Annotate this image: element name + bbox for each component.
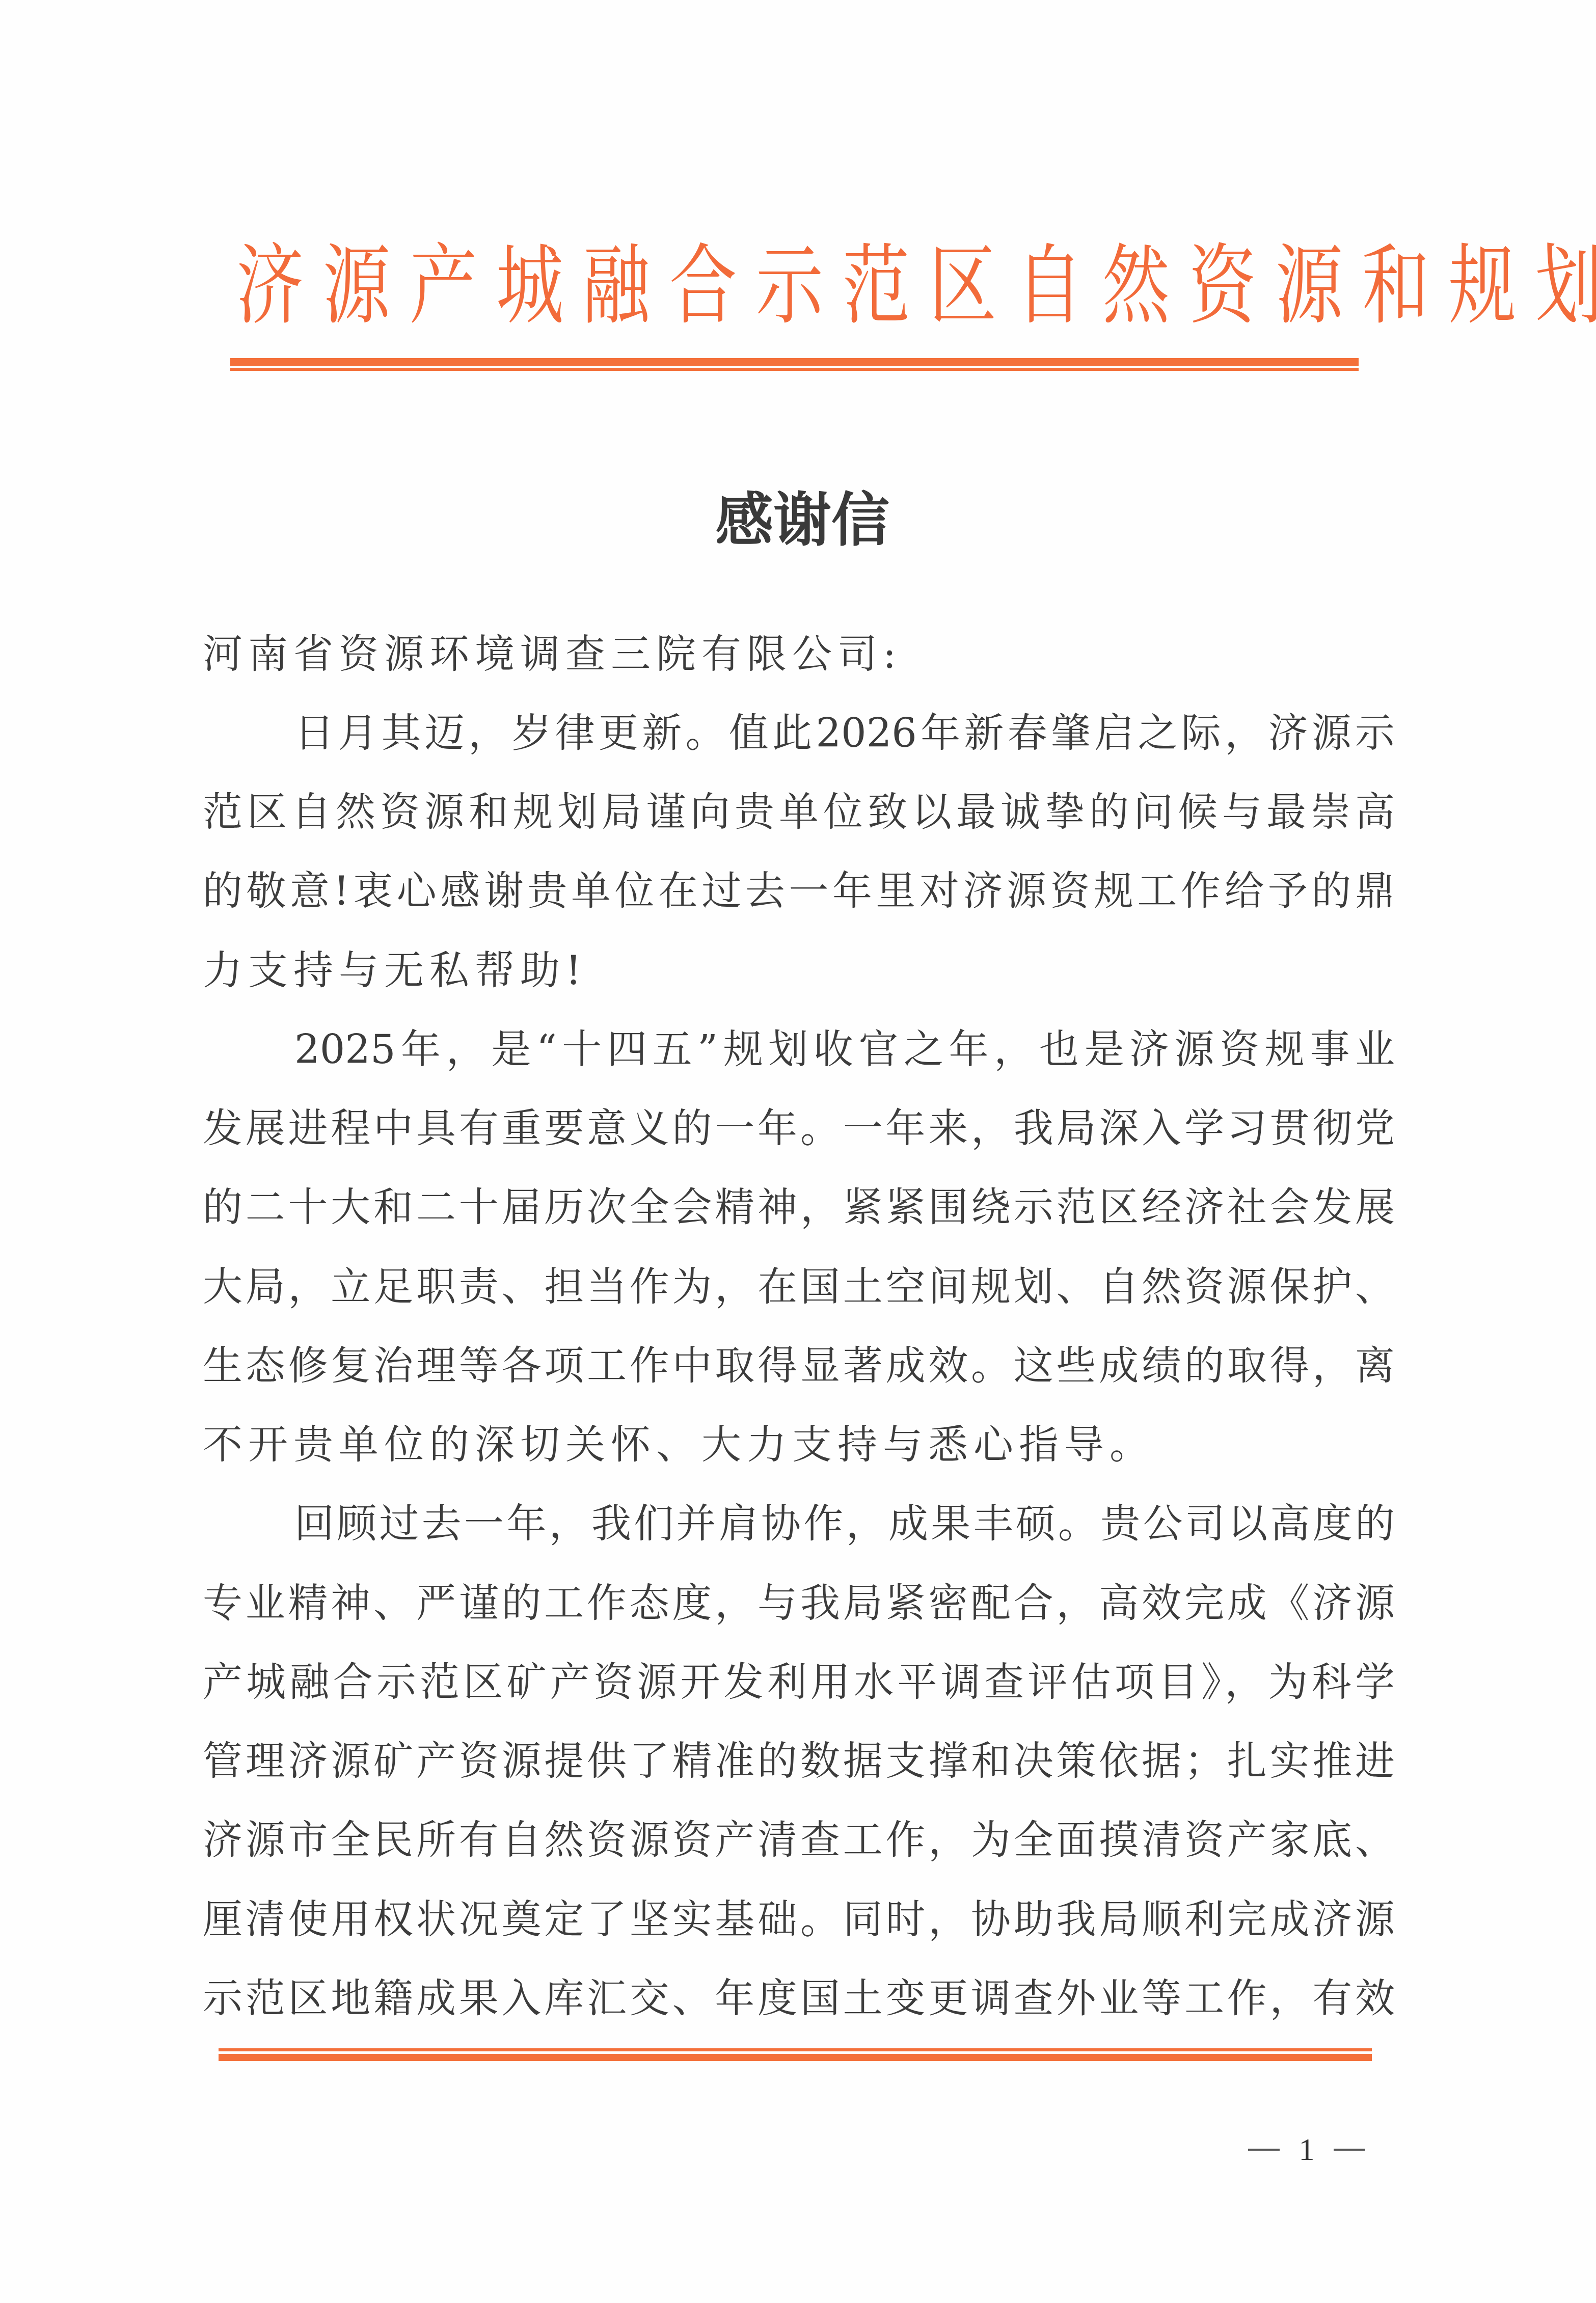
- letterhead-title-char: 融: [583, 239, 651, 334]
- letterhead-title-char: 合: [669, 239, 737, 334]
- letterhead-title-char: 产: [410, 239, 477, 334]
- document-page: 济 源 产 城 融 合 示 范 区 自 然 资 源 和 规 划 局 感谢信 河南…: [0, 0, 1596, 2303]
- paragraph-1-line-1: 日月其迈，岁律更新。值此2026年新春肇启之际，济源示: [294, 712, 1395, 755]
- letterhead-title-char: 区: [929, 239, 997, 334]
- paragraph-3-line-1: 回顾过去一年，我们并肩协作，成果丰硕。贵公司以高度的: [294, 1503, 1395, 1546]
- paragraph-2-line-3: 的二十大和二十届历次全会精神，紧紧围绕示范区经济社会发展: [203, 1186, 1395, 1229]
- header-rule-thick: [230, 358, 1359, 366]
- page-number: 1: [1248, 2133, 1365, 2166]
- letterhead-title-char: 然: [1102, 239, 1170, 334]
- paragraph-3-line-2: 专业精神、严谨的工作态度，与我局紧密配合，高效完成《济源: [203, 1582, 1395, 1625]
- letterhead-title-char: 源: [323, 239, 391, 334]
- footer-rule-thin: [219, 2048, 1372, 2051]
- letterhead-title-char: 自: [1016, 239, 1084, 334]
- paragraph-1-line-4: 力支持与无私帮助!: [203, 950, 1395, 992]
- salutation: 河南省资源环境调查三院有限公司:: [203, 633, 1395, 676]
- letterhead-title-char: 范: [843, 239, 910, 334]
- paragraph-1-line-2: 范区自然资源和规划局谨向贵单位致以最诚挚的问候与最崇高: [203, 791, 1395, 834]
- paragraph-3-line-5: 济源市全民所有自然资源资产清查工作，为全面摸清资产家底、: [203, 1819, 1395, 1862]
- paragraph-3-line-3: 产城融合示范区矿产资源开发利用水平调查评估项目》，为科学: [203, 1661, 1395, 1704]
- letterhead-title-char: 资: [1189, 239, 1257, 334]
- page-number-value: 1: [1299, 2133, 1315, 2166]
- letterhead-title-char: 规: [1449, 239, 1517, 334]
- paragraph-3-line-4: 管理济源矿产资源提供了精准的数据支撑和决策依据；扎实推进: [203, 1740, 1395, 1783]
- letterhead-title-char: 源: [1276, 239, 1343, 334]
- letterhead-title-char: 划: [1535, 239, 1596, 334]
- paragraph-2-line-1: 2025年，是“十四五”规划收官之年，也是济源资规事业: [294, 1028, 1395, 1071]
- letterhead-title-char: 和: [1362, 239, 1430, 334]
- paragraph-2-line-2: 发展进程中具有重要意义的一年。一年来，我局深入学习贯彻党: [203, 1107, 1395, 1150]
- paragraph-2-line-5: 生态修复治理等各项工作中取得显著成效。这些成绩的取得，离: [203, 1345, 1395, 1388]
- paragraph-1-line-3: 的敬意!衷心感谢贵单位在过去一年里对济源资规工作给予的鼎: [203, 870, 1395, 913]
- page-number-dash-right: [1334, 2149, 1365, 2151]
- letterhead-title-char: 济: [236, 239, 304, 334]
- letterhead-title-char: 城: [496, 239, 564, 334]
- header-rule-thin: [230, 368, 1359, 371]
- letter-heading: 感谢信: [711, 486, 894, 553]
- paragraph-2-line-4: 大局，立足职责、担当作为，在国土空间规划、自然资源保护、: [203, 1266, 1395, 1309]
- footer-rule-thick: [219, 2054, 1372, 2061]
- letterhead-title-char: 示: [756, 239, 824, 334]
- paragraph-2-line-6: 不开贵单位的深切关怀、大力支持与悉心指导。: [203, 1424, 1395, 1467]
- paragraph-3-line-7: 示范区地籍成果入库汇交、年度国土变更调查外业等工作，有效: [203, 1977, 1395, 2020]
- paragraph-3-line-6: 厘清使用权状况奠定了坚实基础。同时，协助我局顺利完成济源: [203, 1899, 1395, 1941]
- letterhead-title: 济 源 产 城 融 合 示 范 区 自 然 资 源 和 规 划 局: [227, 239, 1362, 334]
- page-number-dash-left: [1248, 2149, 1280, 2151]
